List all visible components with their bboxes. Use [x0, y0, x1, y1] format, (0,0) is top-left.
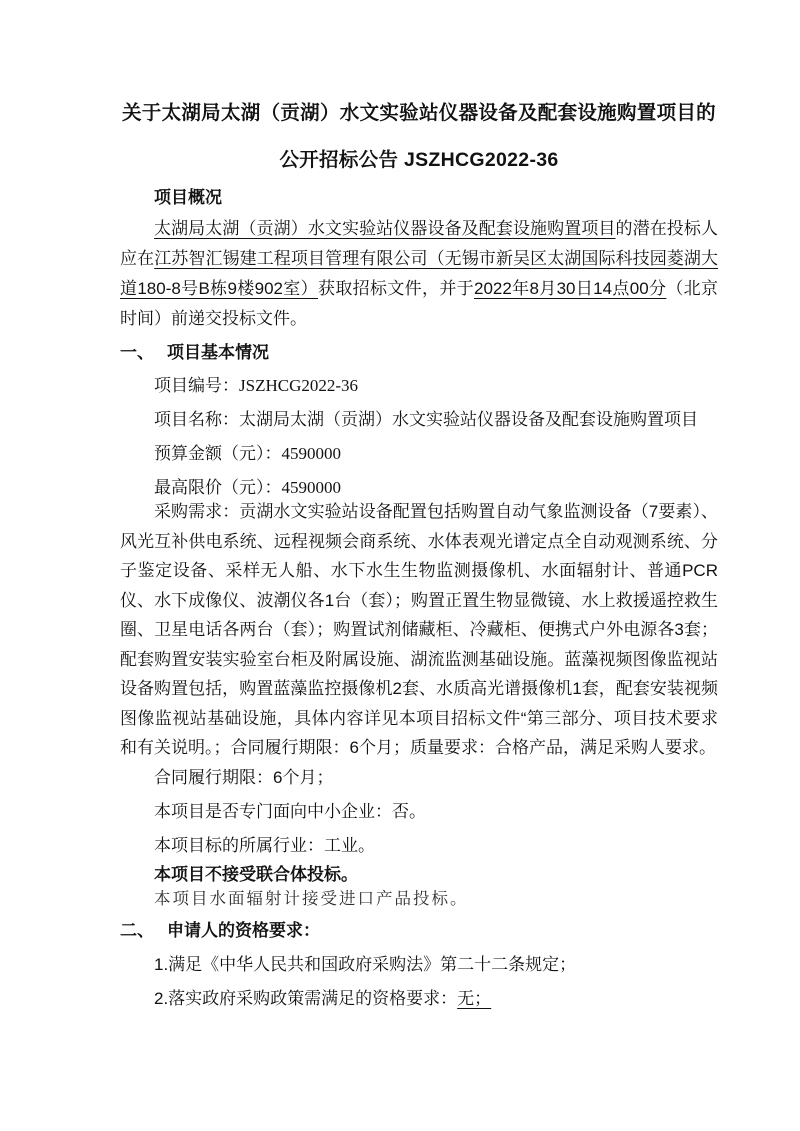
qualification-item-2-value: 无；	[457, 989, 491, 1008]
no-consortium-line: 本项目不接受联合体投标。	[120, 863, 718, 887]
procurement-demand-paragraph: 采购需求：贡湖水文实验站设备配置包括购置自动气象监测设备（7要素）、风光互补供电…	[120, 497, 718, 763]
intro-paragraph: 太湖局太湖（贡湖）水文实验站仪器设备及配套设施购置项目的潜在投标人应在江苏智汇锡…	[120, 214, 718, 334]
section1-heading: 一、项目基本情况	[120, 339, 718, 367]
document-title-line-1: 关于太湖局太湖（贡湖）水文实验站仪器设备及配套设施购置项目的	[120, 90, 718, 137]
overview-heading: 项目概况	[120, 184, 718, 212]
qualification-item-2: 2.落实政府采购政策需满足的资格要求：无；	[120, 984, 718, 1014]
intro-deadline: 2022年8月30日14点00分	[474, 279, 666, 298]
intro-text-mid2: 获取招标文件，并于	[318, 279, 474, 298]
field-project-number: 项目编号：JSZHCG2022-36	[120, 371, 718, 401]
section2-number: 二、	[120, 917, 154, 945]
field-project-name: 项目名称：太湖局太湖（贡湖）水文实验站仪器设备及配套设施购置项目	[120, 405, 718, 435]
qualification-item-2-label: 2.落实政府采购政策需满足的资格要求：	[154, 989, 457, 1008]
field-budget: 预算金额（元）：4590000	[120, 439, 718, 469]
field-max-price-value: 4590000	[282, 478, 342, 497]
document-page: 关于太湖局太湖（贡湖）水文实验站仪器设备及配套设施购置项目的 公开招标公告 JS…	[0, 0, 800, 1131]
section1-title: 项目基本情况	[167, 343, 269, 362]
sme-line: 本项目是否专门面向中小企业：否。	[120, 797, 718, 827]
qualification-item-1: 1.满足《中华人民共和国政府采购法》第二十二条规定；	[120, 950, 718, 980]
section2-heading: 二、申请人的资格要求：	[120, 917, 718, 945]
intro-project-name: 太湖局太湖（贡湖）水文实验站仪器设备及配套设施购置项目	[154, 219, 616, 238]
document-title-line-2: 公开招标公告 JSZHCG2022-36	[120, 137, 718, 184]
section2-title: 申请人的资格要求：	[167, 921, 320, 940]
section1-number: 一、	[120, 339, 154, 367]
field-budget-label: 预算金额（元）：	[154, 444, 282, 463]
field-project-name-value: 太湖局太湖（贡湖）水文实验站仪器设备及配套设施购置项目	[239, 410, 698, 429]
field-project-number-label: 项目编号：	[154, 376, 239, 395]
contract-period-line: 合同履行期限：6个月；	[120, 763, 718, 793]
field-project-number-value: JSZHCG2022-36	[239, 376, 358, 395]
import-note-line: 本项目水面辐射计接受进口产品投标。	[120, 887, 718, 911]
field-project-name-label: 项目名称：	[154, 410, 239, 429]
field-max-price-label: 最高限价（元）：	[154, 478, 282, 497]
field-budget-value: 4590000	[282, 444, 342, 463]
industry-line: 本项目标的所属行业：工业。	[120, 831, 718, 861]
